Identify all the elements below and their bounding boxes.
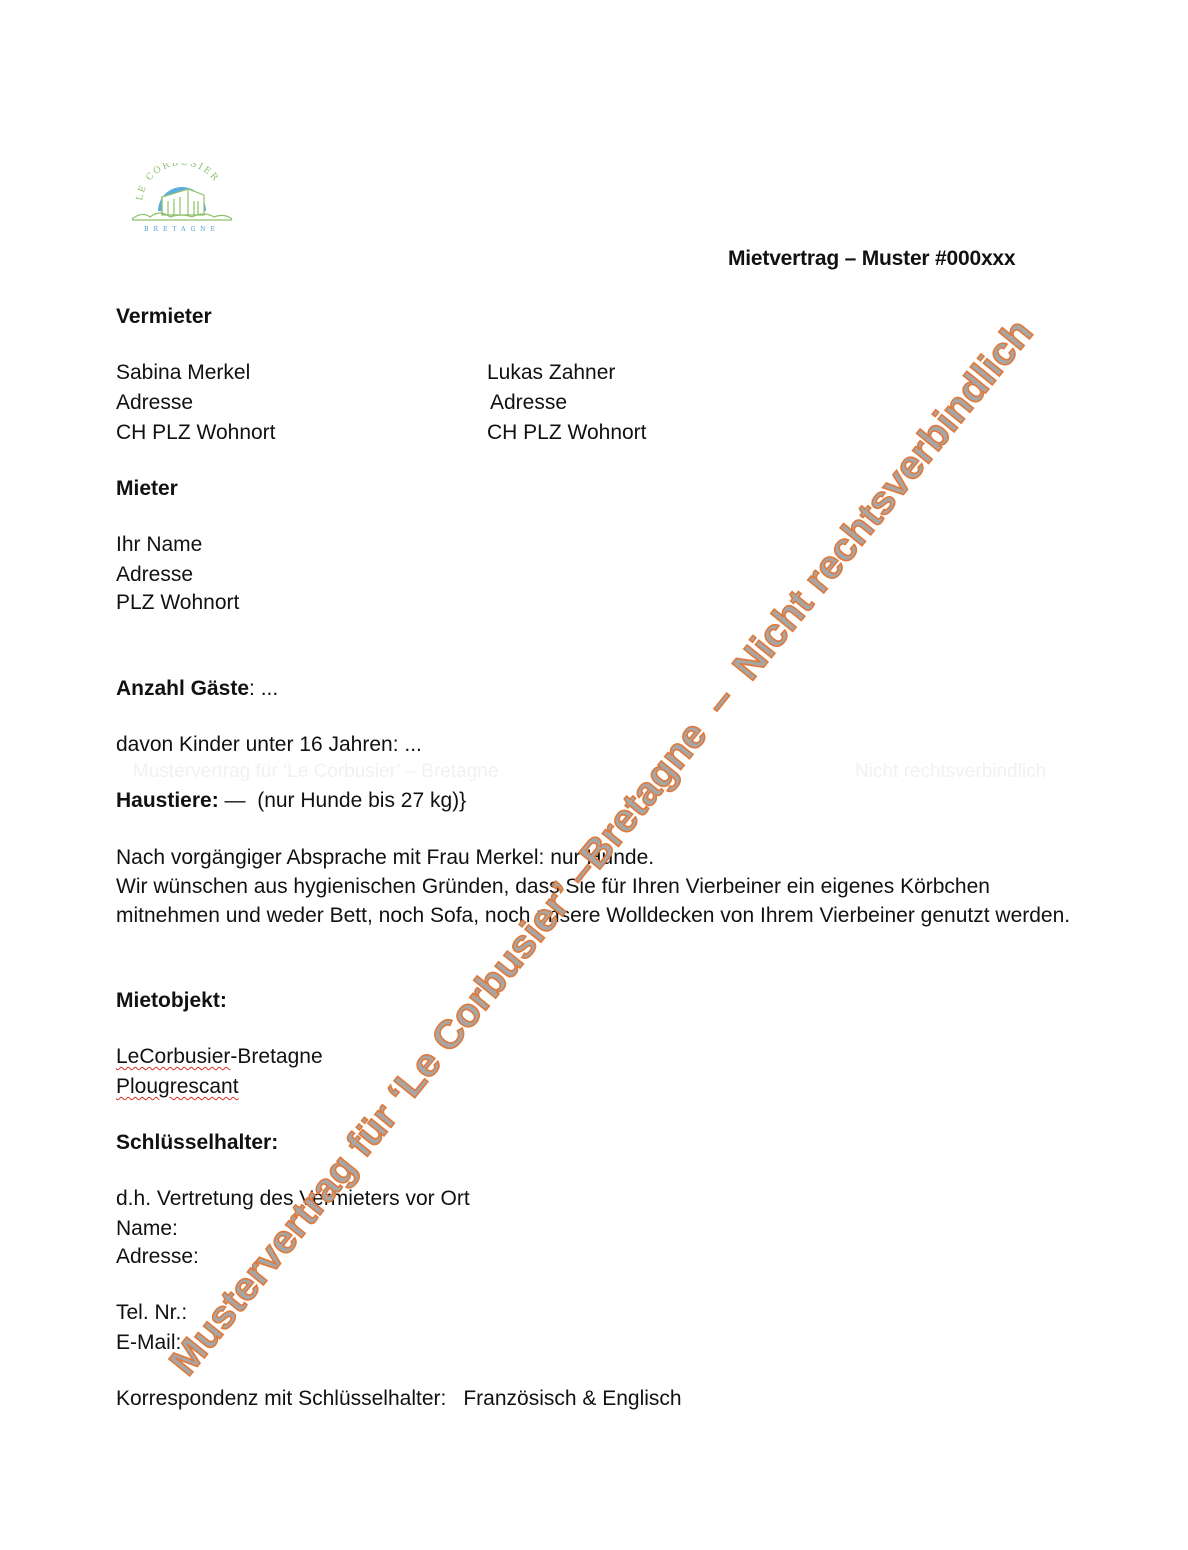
anzahl-gaeste-value: : ... xyxy=(249,677,278,700)
vermieter-heading: Vermieter xyxy=(116,302,212,331)
document-title: Mietvertrag – Muster #000xxx xyxy=(728,247,1015,271)
mietobjekt-place: Plougrescant xyxy=(116,1072,239,1101)
mietobjekt-place-text: Plougrescant xyxy=(116,1075,239,1098)
vermieter1-city: CH PLZ Wohnort xyxy=(116,418,276,447)
mieter-heading: Mieter xyxy=(116,474,178,503)
kinder-count: davon Kinder unter 16 Jahren: ... xyxy=(116,730,422,759)
mietobjekt-name-suffix: -Bretagne xyxy=(230,1045,322,1068)
mieter-address: Adresse xyxy=(116,560,193,589)
schluesselhalter-email: E-Mail: xyxy=(116,1328,181,1357)
correspondence-value: Französisch & Englisch xyxy=(463,1387,681,1410)
vermieter1-name: Sabina Merkel xyxy=(116,358,250,387)
mietobjekt-heading: Mietobjekt: xyxy=(116,986,227,1015)
mieter-city: PLZ Wohnort xyxy=(116,588,239,617)
haustiere-paragraph-rest: Wir wünschen aus hygienischen Gründen, d… xyxy=(116,872,1081,930)
mietobjekt-name: LeCorbusier-Bretagne xyxy=(116,1042,323,1071)
schluesselhalter-heading: Schlüsselhalter: xyxy=(116,1128,278,1157)
vermieter1-address: Adresse xyxy=(116,388,193,417)
correspondence-label: Korrespondenz mit Schlüsselhalter: xyxy=(116,1387,446,1410)
le-corbusier-logo: LE CORBUSIER BRETAGNE xyxy=(128,163,236,235)
mieter-name: Ihr Name xyxy=(116,530,202,559)
anzahl-gaeste-label: Anzahl Gäste xyxy=(116,677,249,700)
document-page: LE CORBUSIER BRETAGNE Mietvertrag – Must… xyxy=(0,0,1188,1550)
ghost-footer-left: Mustervertrag für ‘Le Corbusier’ – Breta… xyxy=(133,761,498,783)
haustiere-label: Haustiere: xyxy=(116,789,219,812)
ghost-footer-right: Nicht rechtsverbindlich xyxy=(855,761,1046,783)
correspondence: Korrespondenz mit Schlüsselhalter:Franzö… xyxy=(116,1384,682,1413)
schluesselhalter-name: Name: xyxy=(116,1214,178,1243)
schluesselhalter-desc: d.h. Vertretung des Vermieters vor Ort xyxy=(116,1184,470,1213)
vermieter2-name: Lukas Zahner xyxy=(487,358,615,387)
vermieter2-address: Adresse xyxy=(490,388,567,417)
anzahl-gaeste: Anzahl Gäste: ... xyxy=(116,674,278,703)
haustiere-paragraph: Nach vorgängiger Absprache mit Frau Merk… xyxy=(116,843,1081,930)
vermieter2-city: CH PLZ Wohnort xyxy=(487,418,647,447)
haustiere: Haustiere: — (nur Hunde bis 27 kg)} xyxy=(116,786,466,815)
mietobjekt-name-main: LeCorbusier xyxy=(116,1045,230,1068)
schluesselhalter-address: Adresse: xyxy=(116,1242,199,1271)
svg-text:BRETAGNE: BRETAGNE xyxy=(144,226,220,233)
haustiere-paragraph-line1: Nach vorgängiger Absprache mit Frau Merk… xyxy=(116,843,1081,872)
haustiere-value: — (nur Hunde bis 27 kg)} xyxy=(219,789,466,812)
schluesselhalter-tel: Tel. Nr.: xyxy=(116,1298,187,1327)
